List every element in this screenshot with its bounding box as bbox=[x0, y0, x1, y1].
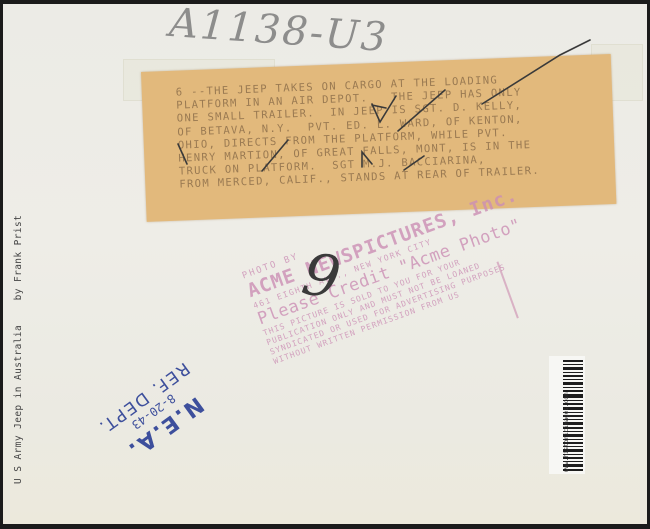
caption-slip: 6 --THE JEEP TAKES ON CARGO AT THE LOADI… bbox=[141, 54, 616, 222]
barcode-url: www.historicimages.com bbox=[563, 393, 570, 472]
side-credit-author: by Frank Prist bbox=[13, 215, 24, 301]
caption-text: 6 --THE JEEP TAKES ON CARGO AT THE LOADI… bbox=[176, 70, 620, 192]
photo-back: A1138-U3 6 --THE JEEP TAKES ON CARGO AT … bbox=[3, 4, 647, 524]
side-credit: U S Army Jeep in Australia by Frank Pris… bbox=[13, 215, 24, 484]
side-credit-title: U S Army Jeep in Australia bbox=[13, 325, 24, 484]
handwritten-id: A1138-U3 bbox=[168, 4, 390, 61]
nea-ref-dept-stamp: N.E.A. 8-20-43 REF. DEPT. bbox=[65, 337, 245, 491]
barcode-label: www.historicimages.com bbox=[549, 356, 585, 474]
